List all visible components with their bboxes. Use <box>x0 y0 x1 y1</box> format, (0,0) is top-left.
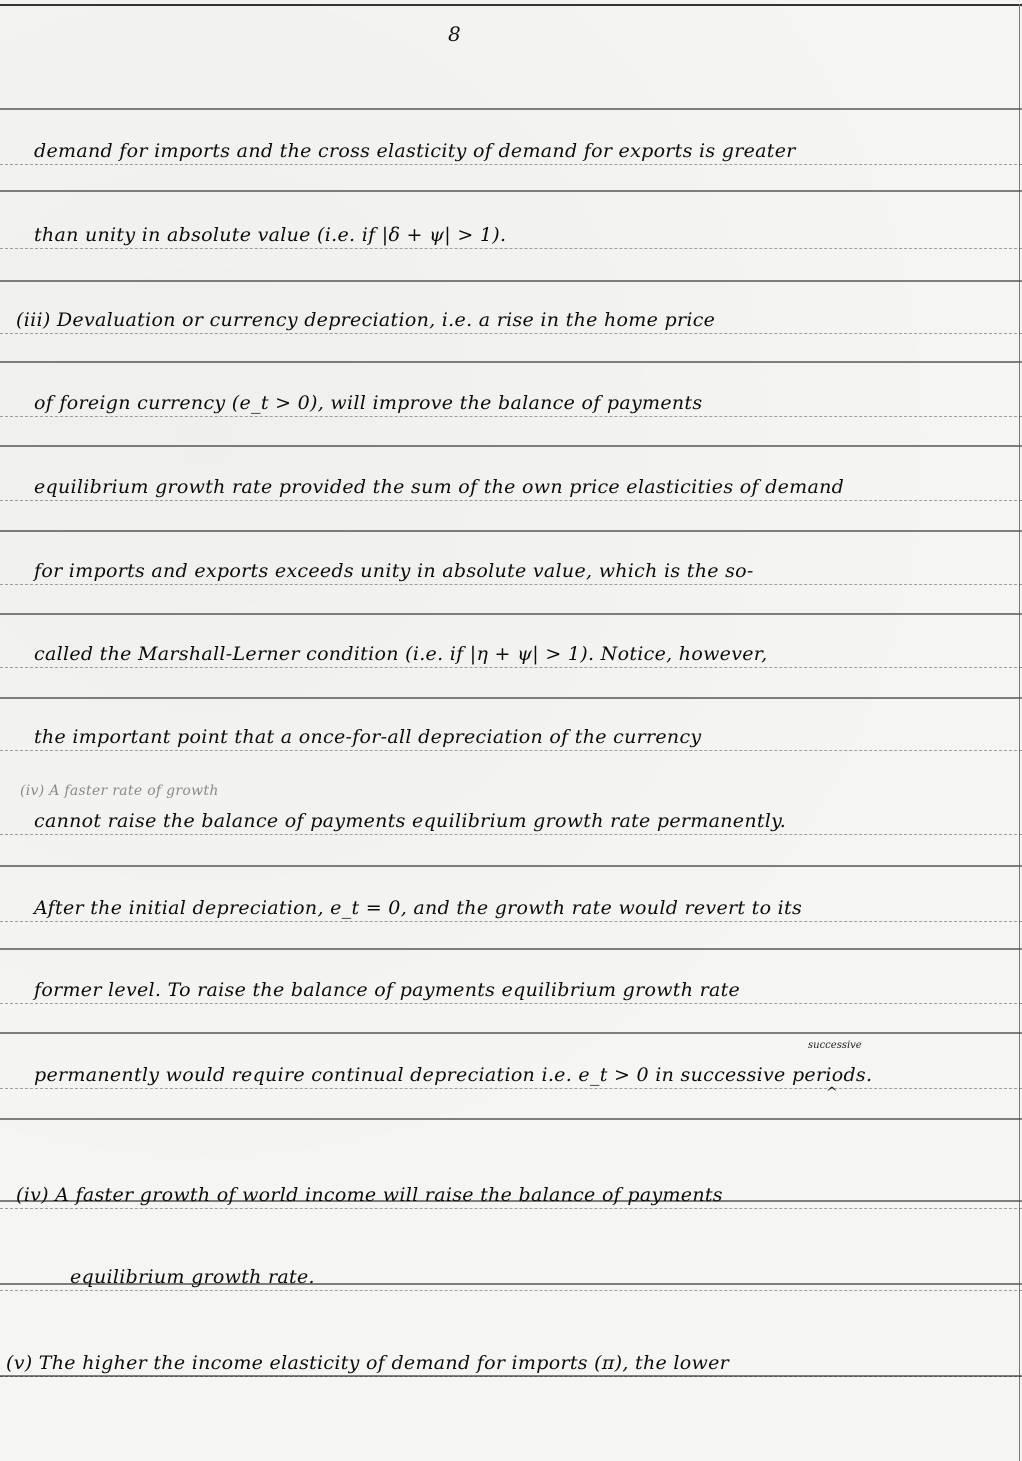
ruled-line <box>0 445 1022 447</box>
inserted-word: successive <box>808 1040 862 1051</box>
text-line-15: (v) The higher the income elasticity of … <box>0 1350 1022 1377</box>
insertion-caret-icon: ^ <box>826 1085 838 1101</box>
text-line-12: permanently would require continual depr… <box>0 1062 1022 1089</box>
ruled-line <box>0 1118 1022 1120</box>
faint-showthrough-text: (iv) A faster rate of growth <box>0 778 1022 804</box>
text-line-11: former level. To raise the balance of pa… <box>0 977 1022 1004</box>
text-line-4: of foreign currency (e_t > 0), will impr… <box>0 390 1022 417</box>
text-line-13: (iv) A faster growth of world income wil… <box>0 1182 1022 1209</box>
ruled-line <box>0 948 1022 950</box>
ruled-line <box>0 697 1022 699</box>
text-line-7: called the Marshall-Lerner condition (i.… <box>0 641 1022 668</box>
ruled-line <box>0 865 1022 867</box>
text-line-5: equilibrium growth rate provided the sum… <box>0 474 1022 501</box>
ruled-line <box>0 108 1022 110</box>
text-line-14: equilibrium growth rate. <box>0 1264 1022 1291</box>
ruled-line <box>0 1032 1022 1034</box>
text-line-2: than unity in absolute value (i.e. if |δ… <box>0 222 1022 249</box>
ruled-line <box>0 613 1022 615</box>
text-line-9: cannot raise the balance of payments equ… <box>0 808 1022 835</box>
ruled-line <box>0 280 1022 282</box>
page-top-border <box>0 4 1022 6</box>
text-line-8: the important point that a once-for-all … <box>0 724 1022 751</box>
ruled-line <box>0 361 1022 363</box>
text-line-6: for imports and exports exceeds unity in… <box>0 558 1022 585</box>
ruled-line <box>0 530 1022 532</box>
page-number: 8 <box>448 22 461 46</box>
text-line-1: demand for imports and the cross elastic… <box>0 138 1022 165</box>
text-line-10: After the initial depreciation, e_t = 0,… <box>0 895 1022 922</box>
handwritten-page: 8 demand for imports and the cross elast… <box>0 0 1022 1461</box>
ruled-line <box>0 190 1022 192</box>
text-line-3: (iii) Devaluation or currency depreciati… <box>0 307 1022 334</box>
